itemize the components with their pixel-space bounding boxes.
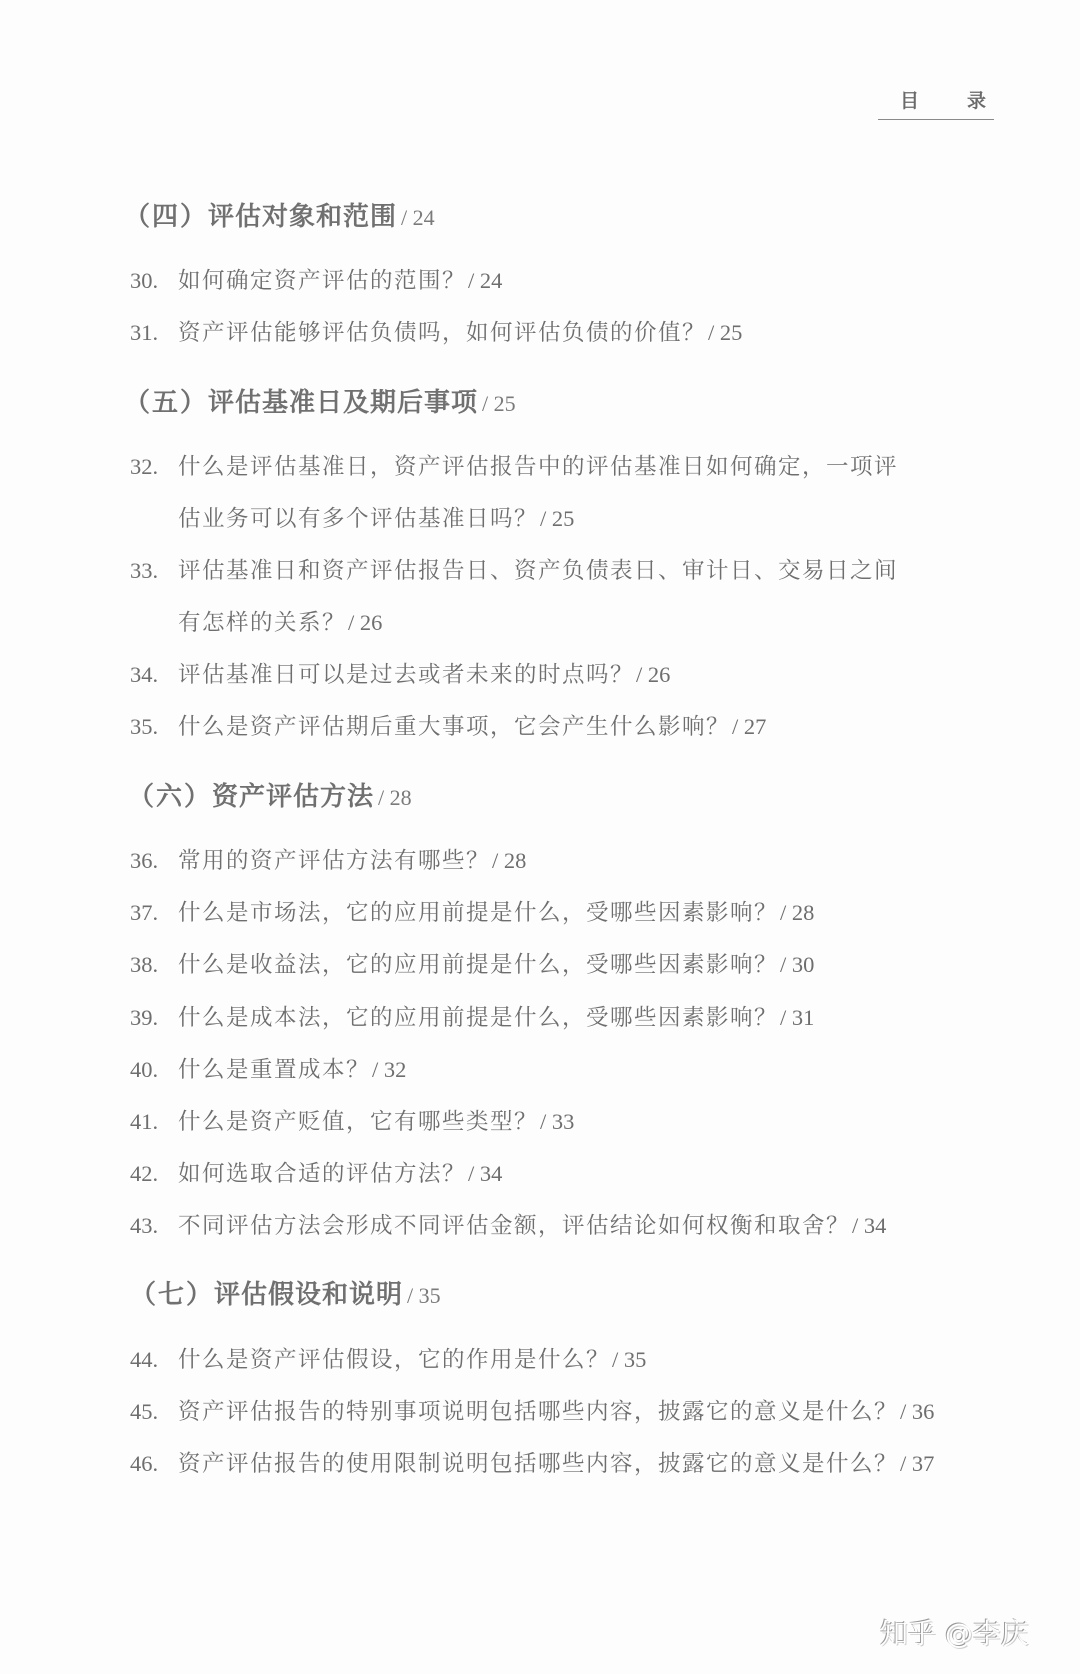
entry-page: / 31	[780, 1005, 814, 1030]
entry-number: 35.	[130, 714, 178, 740]
entry-page: / 30	[780, 952, 814, 977]
entry-number: 34.	[130, 662, 178, 688]
entry-text: 什么是资产评估假设，它的作用是什么？	[178, 1347, 610, 1373]
toc-entry[interactable]: 42.如何选取合适的评估方法？/ 34	[130, 1156, 502, 1188]
entry-page: / 28	[780, 900, 814, 925]
entry-page: / 36	[900, 1399, 934, 1424]
toc-entry[interactable]: 36.常用的资产评估方法有哪些？/ 28	[130, 843, 526, 875]
entry-text: 资产评估报告的特别事项说明包括哪些内容，披露它的意义是什么？	[178, 1399, 898, 1425]
entry-number: 41.	[130, 1109, 178, 1135]
header-char-1: 目	[900, 86, 919, 113]
entry-text: 估业务可以有多个评估基准日吗？	[178, 506, 538, 532]
entry-text: 什么是资产评估期后重大事项，它会产生什么影响？	[178, 714, 730, 740]
section-page: / 35	[407, 1283, 441, 1308]
entry-page: / 34	[468, 1161, 502, 1186]
header-char-2: 录	[967, 86, 986, 113]
entry-page: / 26	[348, 610, 382, 635]
entry-text: 什么是成本法，它的应用前提是什么，受哪些因素影响？	[178, 1005, 778, 1031]
entry-page: / 24	[468, 268, 502, 293]
entry-number: 45.	[130, 1399, 178, 1425]
entry-text: 评估基准日可以是过去或者未来的时点吗？	[178, 662, 634, 688]
toc-entry-continuation[interactable]: 估业务可以有多个评估基准日吗？/ 25	[178, 501, 574, 533]
toc-entry[interactable]: 33.评估基准日和资产评估报告日、资产负债表日、审计日、交易日之间	[130, 553, 898, 585]
running-header-toc: 目 录	[878, 86, 994, 120]
toc-entry[interactable]: 43.不同评估方法会形成不同评估金额，评估结论如何权衡和取舍？/ 34	[130, 1208, 886, 1240]
entry-number: 32.	[130, 454, 178, 480]
toc-entry[interactable]: 35.什么是资产评估期后重大事项，它会产生什么影响？/ 27	[130, 709, 766, 741]
entry-number: 42.	[130, 1161, 178, 1187]
entry-number: 33.	[130, 558, 178, 584]
entry-number: 30.	[130, 268, 178, 294]
toc-entry[interactable]: 39.什么是成本法，它的应用前提是什么，受哪些因素影响？/ 31	[130, 1000, 814, 1032]
entry-text: 评估基准日和资产评估报告日、资产负债表日、审计日、交易日之间	[178, 558, 898, 584]
entry-text: 资产评估能够评估负债吗，如何评估负债的价值？	[178, 320, 706, 346]
entry-text: 什么是市场法，它的应用前提是什么，受哪些因素影响？	[178, 900, 778, 926]
section-number: （六）	[128, 782, 212, 812]
entry-number: 36.	[130, 848, 178, 874]
section-page: / 25	[482, 391, 516, 416]
entry-page: / 25	[708, 320, 742, 345]
entry-text: 什么是评估基准日，资产评估报告中的评估基准日如何确定，一项评	[178, 454, 898, 480]
entry-page: / 35	[612, 1347, 646, 1372]
entry-text: 如何确定资产评估的范围？	[178, 268, 466, 294]
entry-page: / 37	[900, 1451, 934, 1476]
section-heading: （七）评估假设和说明/ 35	[130, 1274, 441, 1311]
toc-entry[interactable]: 40.什么是重置成本？/ 32	[130, 1052, 406, 1084]
toc-entry[interactable]: 44.什么是资产评估假设，它的作用是什么？/ 35	[130, 1342, 646, 1374]
toc-entry[interactable]: 31.资产评估能够评估负债吗，如何评估负债的价值？/ 25	[130, 315, 742, 347]
entry-text: 如何选取合适的评估方法？	[178, 1161, 466, 1187]
watermark: 知乎 @李庆	[880, 1612, 1029, 1652]
entry-number: 39.	[130, 1005, 178, 1031]
entry-number: 46.	[130, 1451, 178, 1477]
section-title: 评估假设和说明	[214, 1280, 403, 1310]
section-heading: （六）资产评估方法/ 28	[128, 776, 412, 813]
entry-number: 44.	[130, 1347, 178, 1373]
entry-number: 40.	[130, 1057, 178, 1083]
entry-text: 什么是收益法，它的应用前提是什么，受哪些因素影响？	[178, 952, 778, 978]
entry-text: 有怎样的关系？	[178, 610, 346, 636]
toc-entry[interactable]: 32.什么是评估基准日，资产评估报告中的评估基准日如何确定，一项评	[130, 449, 898, 481]
entry-text: 常用的资产评估方法有哪些？	[178, 848, 490, 874]
entry-number: 37.	[130, 900, 178, 926]
section-title: 评估基准日及期后事项	[208, 388, 478, 418]
entry-text: 什么是资产贬值，它有哪些类型？	[178, 1109, 538, 1135]
toc-entry[interactable]: 34.评估基准日可以是过去或者未来的时点吗？/ 26	[130, 657, 670, 689]
toc-entry-continuation[interactable]: 有怎样的关系？/ 26	[178, 605, 382, 637]
toc-entry[interactable]: 38.什么是收益法，它的应用前提是什么，受哪些因素影响？/ 30	[130, 947, 814, 979]
entry-page: / 28	[492, 848, 526, 873]
section-heading: （四）评估对象和范围/ 24	[124, 196, 435, 233]
entry-text: 不同评估方法会形成不同评估金额，评估结论如何权衡和取舍？	[178, 1213, 850, 1239]
toc-entry[interactable]: 45.资产评估报告的特别事项说明包括哪些内容，披露它的意义是什么？/ 36	[130, 1394, 934, 1426]
entry-text: 什么是重置成本？	[178, 1057, 370, 1083]
entry-page: / 27	[732, 714, 766, 739]
section-title: 资产评估方法	[212, 782, 374, 812]
toc-entry[interactable]: 30.如何确定资产评估的范围？/ 24	[130, 263, 502, 295]
entry-page: / 32	[372, 1057, 406, 1082]
entry-text: 资产评估报告的使用限制说明包括哪些内容，披露它的意义是什么？	[178, 1451, 898, 1477]
section-page: / 24	[401, 205, 435, 230]
entry-page: / 33	[540, 1109, 574, 1134]
entry-page: / 25	[540, 506, 574, 531]
entry-number: 43.	[130, 1213, 178, 1239]
section-number: （五）	[124, 388, 208, 418]
section-number: （四）	[124, 202, 208, 232]
toc-entry[interactable]: 46.资产评估报告的使用限制说明包括哪些内容，披露它的意义是什么？/ 37	[130, 1446, 934, 1478]
section-number: （七）	[130, 1280, 214, 1310]
entry-number: 38.	[130, 952, 178, 978]
entry-page: / 34	[852, 1213, 886, 1238]
section-heading: （五）评估基准日及期后事项/ 25	[124, 382, 516, 419]
section-page: / 28	[378, 785, 412, 810]
section-title: 评估对象和范围	[208, 202, 397, 232]
toc-entry[interactable]: 41.什么是资产贬值，它有哪些类型？/ 33	[130, 1104, 574, 1136]
toc-entry[interactable]: 37.什么是市场法，它的应用前提是什么，受哪些因素影响？/ 28	[130, 895, 814, 927]
entry-number: 31.	[130, 320, 178, 346]
entry-page: / 26	[636, 662, 670, 687]
